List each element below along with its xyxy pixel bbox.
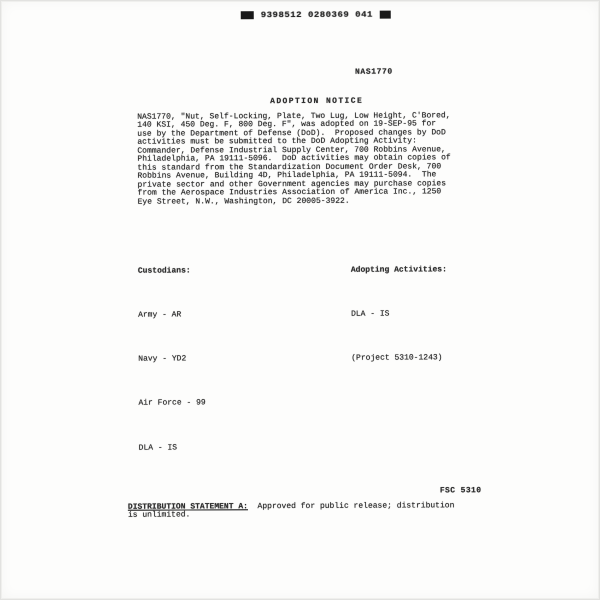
distribution-statement-text-line2: is unlimited.	[128, 511, 190, 520]
adopting-activity-item: (Project 5310-1243)	[351, 355, 447, 364]
scan-mark-left-icon	[241, 11, 254, 19]
scan-header-code: 9398512 0280369 041	[261, 10, 373, 20]
custodians-column: Custodians: Army - AR Navy - YD2 Air For…	[138, 230, 206, 488]
fsc-code: FSC 5310	[440, 486, 482, 495]
page-title: ADOPTION NOTICE	[270, 97, 363, 106]
adoption-notice-body: NAS1770, "Nut, Self-Locking, Plate, Two …	[137, 112, 467, 206]
distribution-statement: DISTRIBUTION STATEMENT A: Approved for p…	[128, 502, 455, 520]
custodians-heading: Custodians:	[138, 266, 205, 275]
custodian-item: Navy - YD2	[138, 356, 205, 364]
custodian-item: DLA - IS	[139, 444, 206, 452]
custodian-item: Air Force - 99	[138, 400, 205, 408]
custodian-item: Army - AR	[138, 311, 205, 319]
document-number: NAS1770	[355, 68, 393, 77]
distribution-statement-text: Approved for public release; distributio…	[248, 501, 454, 511]
scan-mark-right-icon	[380, 11, 391, 19]
scan-content: 9398512 0280369 041 NAS1770 ADOPTION NOT…	[0, 0, 600, 600]
adopting-activity-item: DLA - IS	[351, 310, 447, 319]
scan-header-code-line: 9398512 0280369 041	[241, 10, 391, 21]
adopting-activities-column: Adopting Activities: DLA - IS (Project 5…	[351, 229, 448, 399]
adopting-activities-heading: Adopting Activities:	[351, 265, 447, 274]
scanned-document-page: 9398512 0280369 041 NAS1770 ADOPTION NOT…	[0, 0, 600, 600]
